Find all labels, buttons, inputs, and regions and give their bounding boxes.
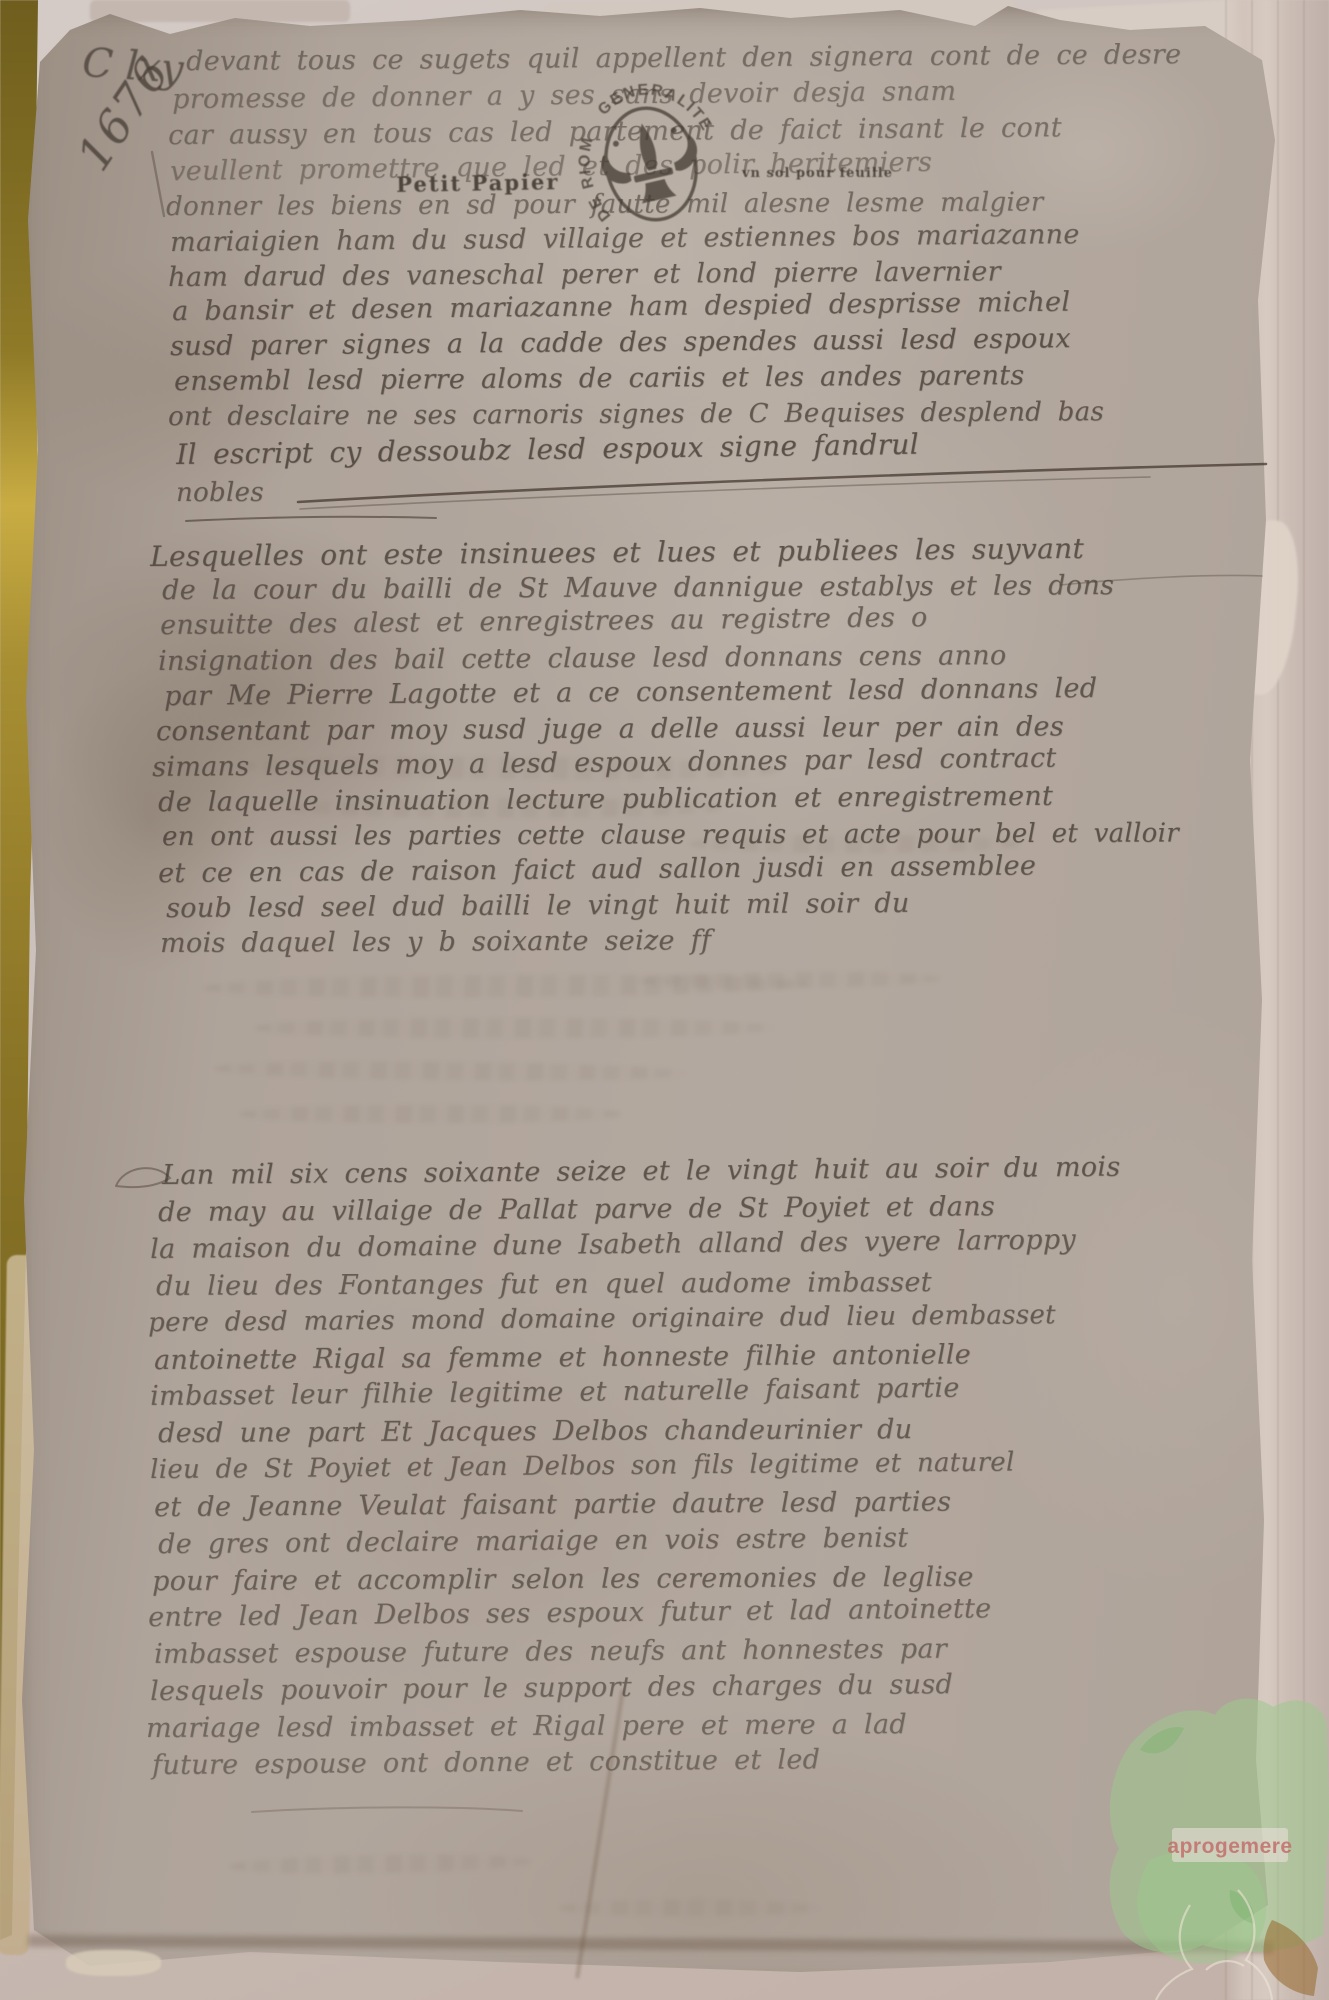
handwriting-line: antoinette Rigal sa femme et honneste fi… xyxy=(154,1339,971,1376)
bleedthrough-smudge xyxy=(560,1900,820,1916)
handwriting-line: mois daquel les y b soixante seize ff xyxy=(160,925,711,959)
svg-text:GENERALITE: GENERALITE xyxy=(592,76,717,157)
stamp-arc-top-text: GENERALITE xyxy=(592,76,717,157)
handwriting-line: du lieu des Fontanges fut en quel audome… xyxy=(156,1267,932,1302)
manuscript-scan: C lxy 1676 DE RIOM GENERALITE xyxy=(0,0,1329,2000)
watermark-label: aprogemere xyxy=(1167,1828,1292,1862)
bleedthrough-smudge xyxy=(240,1105,620,1123)
handwriting-line: de laquelle insinuation lecture publicat… xyxy=(158,781,1053,818)
handwriting-line: soub lesd seel dud bailli le vingt huit … xyxy=(166,888,910,924)
handwriting-line: future espouse ont donne et constitue et… xyxy=(152,1744,820,1781)
rate-print: vn sol pour feuille xyxy=(742,166,893,181)
handwriting-line: mariage lesd imbasset et Rigal pere et m… xyxy=(146,1709,907,1744)
handwriting-line: de la cour du bailli de St Mauve dannigu… xyxy=(162,570,1114,606)
handwriting-line: ont desclaire ne ses carnoris signes de … xyxy=(168,397,1104,432)
handwriting-line: pour faire et accomplir selon les ceremo… xyxy=(152,1562,974,1597)
handwriting-line: de may au villaige de Pallat parve de St… xyxy=(158,1191,995,1228)
handwriting-line: et de Jeanne Veulat faisant partie dautr… xyxy=(154,1486,951,1523)
handwriting-line: de gres ont declaire mariaige en vois es… xyxy=(158,1522,908,1560)
handwriting-line: ham darud des vaneschal perer et lond pi… xyxy=(168,256,1001,293)
petit-papier-print: Petit Papier xyxy=(396,169,560,197)
handwriting-line: consentant par moy susd juge a delle aus… xyxy=(156,711,1064,747)
bleedthrough-smudge xyxy=(255,1018,775,1038)
handwriting-line: desd une part Et Jacques Delbos chandeur… xyxy=(158,1414,912,1449)
archive-watermark: aprogemere xyxy=(980,1690,1329,2000)
handwriting-line: en ont aussi les parties cette clause re… xyxy=(162,818,1179,852)
underlying-page-corner xyxy=(90,0,350,22)
handwriting-line: ensembl lesd pierre aloms de cariis et l… xyxy=(174,360,1025,397)
underlying-page-sliver xyxy=(66,1950,161,1976)
watermark-label-text: aprogemere xyxy=(1167,1835,1292,1858)
handwriting-line: insignation des bail cette clause lesd d… xyxy=(158,640,1007,677)
handwriting-line: nobles xyxy=(176,478,264,508)
generalite-de-riom-tax-stamp: DE RIOM GENERALITE xyxy=(572,76,730,246)
handwriting-line: imbasset espouse future des neufs ant ho… xyxy=(154,1633,947,1670)
